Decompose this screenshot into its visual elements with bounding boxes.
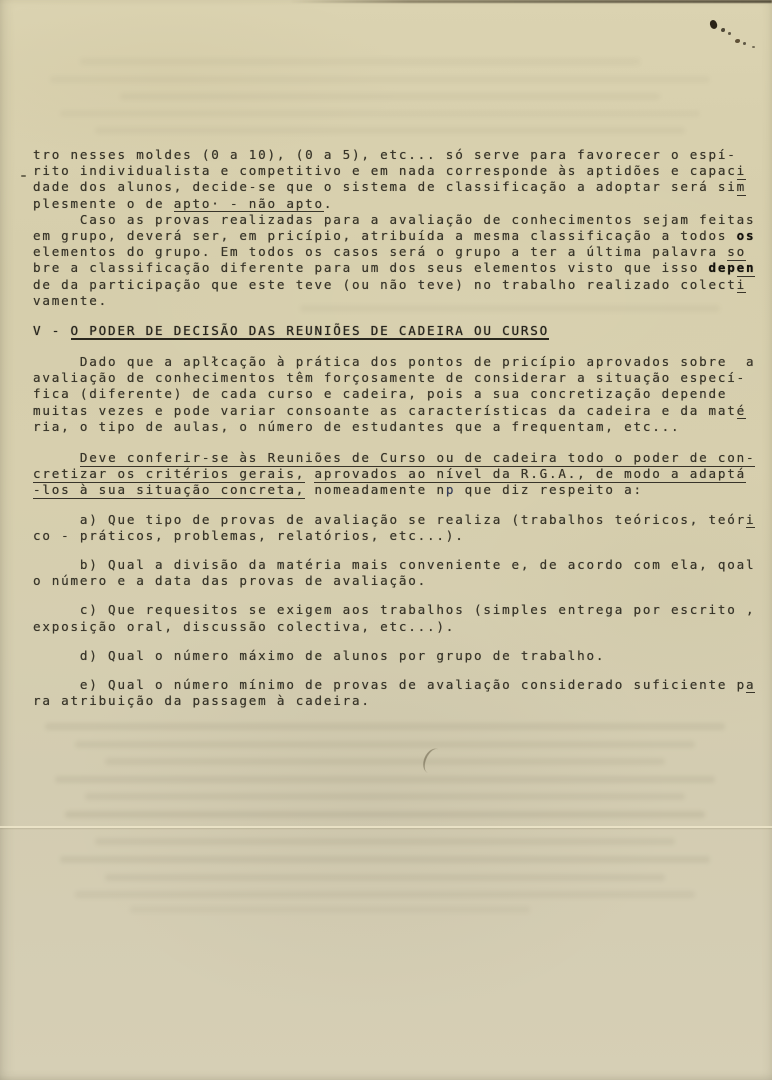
ink-speck: [708, 19, 718, 30]
text-line: -los à sua situação concreta, nomeadamen…: [33, 482, 766, 498]
text-run: e) Qual o número mínimo de provas de ava…: [33, 677, 746, 692]
text-run: Deve conferir-se às Reuniões de Curso ou…: [80, 450, 756, 467]
text-line: co - práticos, problemas, relatórios, et…: [33, 528, 766, 544]
text-line: d) Qual o número máximo de alunos por gr…: [33, 648, 766, 664]
ghost-line: [120, 93, 660, 100]
text-line: muitas vezes e pode variar consoante as …: [33, 403, 766, 419]
item-a: a) Que tipo de provas de avaliação se re…: [33, 512, 766, 544]
text-run: a: [746, 677, 755, 694]
ghost-line: [60, 110, 700, 117]
ghost-line: [105, 758, 665, 765]
text-line: b) Qual a divisão da matéria mais conven…: [33, 557, 766, 573]
heading-v: V - O PODER DE DECISÃO DAS REUNIÕES DE C…: [33, 323, 766, 339]
text-run: é: [737, 403, 746, 420]
ghost-line: [105, 874, 665, 881]
fold-crease: [0, 826, 772, 828]
text-line: cretizar os critérios gerais, aprovados …: [33, 466, 766, 482]
scan-edge-shadow: [290, 0, 772, 3]
ink-speck: [21, 175, 26, 177]
text-run: dade dos alunos, decide-se que o sistema…: [33, 179, 737, 194]
text-line: em grupo, deverá ser, em pricípio, atrib…: [33, 228, 766, 244]
text-run: so: [727, 244, 746, 261]
text-line: tro nesses moldes (0 a 10), (0 a 5), etc…: [33, 147, 766, 163]
text-run: plesmente o de: [33, 196, 174, 211]
document-text: tro nesses moldes (0 a 10), (0 a 5), etc…: [33, 147, 766, 709]
text-run: fica (diferente) de cada curso e cadeira…: [33, 386, 727, 401]
text-line: ra atribuição da passagem à cadeira.: [33, 693, 766, 709]
ghost-line: [80, 58, 640, 65]
text-run: en: [737, 260, 756, 277]
text-run: d) Qual o número máximo de alunos por gr…: [33, 648, 605, 663]
text-run: Caso as provas realizadas para a avaliaç…: [33, 212, 755, 227]
ghost-line: [130, 906, 530, 913]
para-deve: Deve conferir-se às Reuniões de Curso ou…: [33, 450, 766, 499]
text-run: ria, o tipo de aulas, o número de estuda…: [33, 419, 680, 434]
ink-speck: [728, 32, 731, 35]
text-line: o número e a data das provas de avaliaçã…: [33, 573, 766, 589]
ink-speck: [721, 28, 725, 32]
text-run: bre a classificação diferente para um do…: [33, 260, 709, 275]
text-line: Dado que a aplłcação à prática dos ponto…: [33, 354, 766, 370]
item-b: b) Qual a divisão da matéria mais conven…: [33, 557, 766, 589]
text-run: Dado que a aplłcação à prática dos ponto…: [33, 354, 755, 369]
text-run: O PODER DE DECISÃO DAS REUNIÕES DE CADEI…: [71, 323, 550, 341]
text-run: i: [737, 163, 746, 180]
text-run: ra atribuição da passagem à cadeira.: [33, 693, 371, 708]
ghost-line: [45, 723, 725, 730]
text-run: co - práticos, problemas, relatórios, et…: [33, 528, 465, 543]
text-line: e) Qual o número mínimo de provas de ava…: [33, 677, 766, 693]
text-line: de da participação que este teve (ou não…: [33, 277, 766, 293]
text-line: vamente.: [33, 293, 766, 309]
text-run: que diz respeito a:: [455, 482, 643, 497]
ghost-line: [50, 76, 710, 83]
pen-corrected-char: p: [446, 482, 455, 497]
text-line: V - O PODER DE DECISÃO DAS REUNIÕES DE C…: [33, 323, 766, 339]
document-page: tro nesses moldes (0 a 10), (0 a 5), etc…: [0, 0, 772, 1080]
text-run: [33, 450, 80, 465]
text-run: muitas vezes e pode variar consoante as …: [33, 403, 737, 418]
para-intro: tro nesses moldes (0 a 10), (0 a 5), etc…: [33, 147, 766, 212]
text-run: em grupo, deverá ser, em pricípio, atrib…: [33, 228, 737, 243]
ghost-line: [75, 741, 695, 748]
text-run: .: [324, 196, 333, 211]
text-run: vamente.: [33, 293, 108, 308]
ghost-line: [95, 838, 675, 845]
text-run: de da participação que este teve (ou não…: [33, 277, 737, 292]
text-run: m: [737, 179, 746, 196]
text-run: rito individualista e competitivo e em n…: [33, 163, 737, 178]
ghost-line: [55, 776, 715, 783]
ink-speck: [752, 46, 755, 48]
ghost-line: [60, 856, 710, 863]
text-line: exposição oral, discussão colectiva, etc…: [33, 619, 766, 635]
text-run: a) Que tipo de provas de avaliação se re…: [33, 512, 746, 527]
text-line: Caso as provas realizadas para a avaliaç…: [33, 212, 766, 228]
para-caso: Caso as provas realizadas para a avaliaç…: [33, 212, 766, 309]
text-line: elementos do grupo. Em todos os casos se…: [33, 244, 766, 260]
text-line: Deve conferir-se às Reuniões de Curso ou…: [33, 450, 766, 466]
text-line: rito individualista e competitivo e em n…: [33, 163, 766, 179]
text-run: tro nesses moldes (0 a 10), (0 a 5), etc…: [33, 147, 737, 162]
text-run: os: [737, 228, 756, 243]
item-e: e) Qual o número mínimo de provas de ava…: [33, 677, 766, 709]
para-dado: Dado que a aplłcação à prática dos ponto…: [33, 354, 766, 435]
text-line: c) Que requesitos se exigem aos trabalho…: [33, 602, 766, 618]
text-run: exposição oral, discussão colectiva, etc…: [33, 619, 455, 634]
text-line: ria, o tipo de aulas, o número de estuda…: [33, 419, 766, 435]
text-run: -los à sua situação concreta,: [33, 482, 305, 499]
ink-speck: [735, 39, 740, 43]
text-line: a) Que tipo de provas de avaliação se re…: [33, 512, 766, 528]
scratch-mark: [419, 745, 446, 776]
ink-speck: [743, 42, 746, 45]
text-run: c) Que requesitos se exigem aos trabalho…: [33, 602, 755, 617]
text-run: apto· - não apto: [174, 196, 324, 213]
text-line: bre a classificação diferente para um do…: [33, 260, 766, 276]
text-run: cretizar os critérios gerais,: [33, 466, 305, 483]
text-run: elementos do grupo. Em todos os casos se…: [33, 244, 727, 259]
text-line: plesmente o de apto· - não apto.: [33, 196, 766, 212]
ghost-line: [95, 127, 685, 134]
text-run: i: [737, 277, 746, 294]
text-line: avaliação de conhecimentos têm forçosame…: [33, 370, 766, 386]
text-run: b) Qual a divisão da matéria mais conven…: [33, 557, 755, 572]
text-line: dade dos alunos, decide-se que o sistema…: [33, 179, 766, 195]
ghost-line: [85, 793, 685, 800]
text-run: o número e a data das provas de avaliaçã…: [33, 573, 427, 588]
text-run: nomeadamente n: [305, 482, 446, 497]
ghost-line: [65, 811, 705, 818]
text-line: fica (diferente) de cada curso e cadeira…: [33, 386, 766, 402]
item-d: d) Qual o número máximo de alunos por gr…: [33, 648, 766, 664]
text-run: dep: [709, 260, 737, 275]
text-run: avaliação de conhecimentos têm forçosame…: [33, 370, 746, 385]
text-run: aprovados ao nível da R.G.A., de modo a …: [314, 466, 746, 483]
item-c: c) Que requesitos se exigem aos trabalho…: [33, 602, 766, 634]
ghost-line: [75, 891, 695, 898]
text-run: i: [746, 512, 755, 529]
text-run: V -: [33, 323, 71, 338]
